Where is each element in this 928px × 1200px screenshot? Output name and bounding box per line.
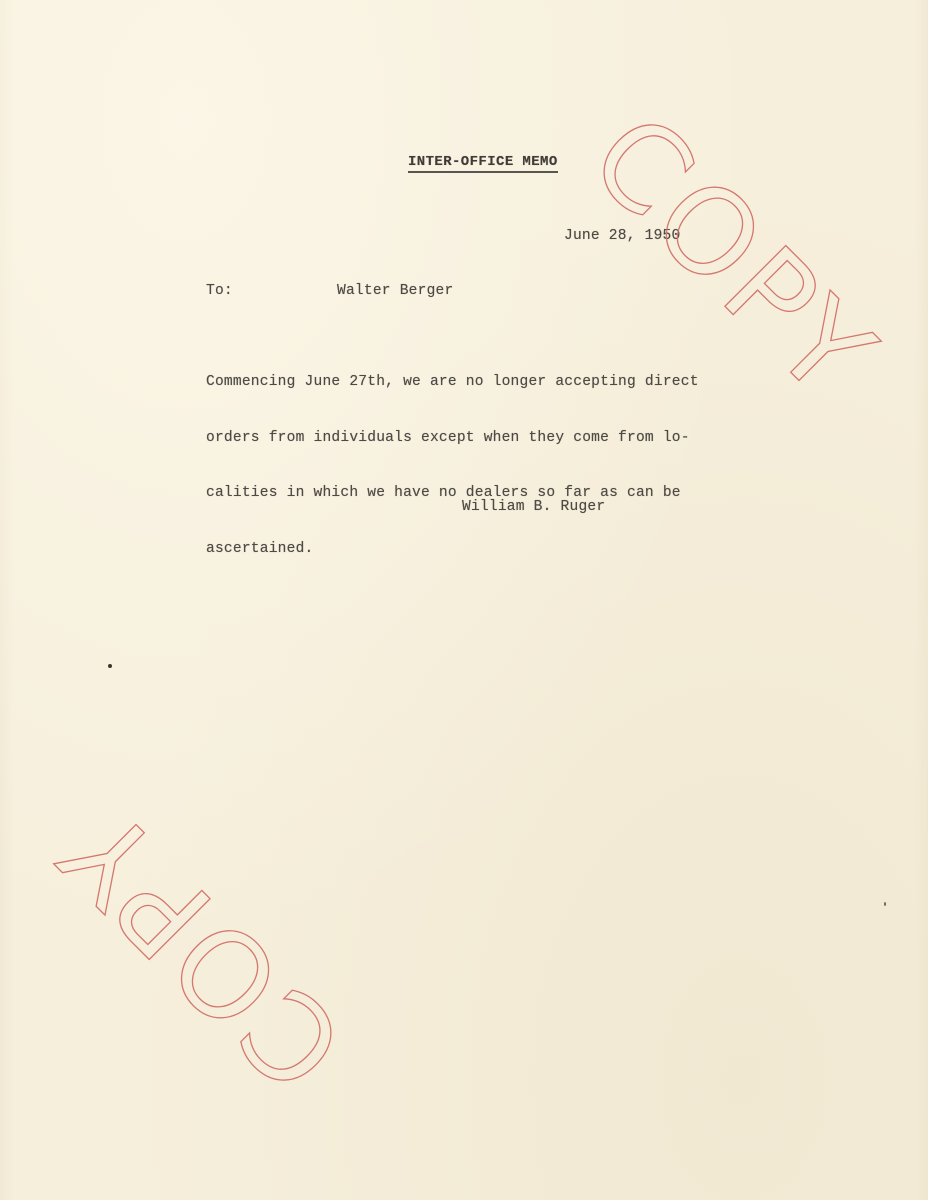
memo-signature: William B. Ruger xyxy=(462,499,605,515)
memo-body-line: ascertained. xyxy=(206,540,699,559)
memo-body-line: orders from individuals except when they… xyxy=(206,429,699,448)
copy-stamp-bottom-left: COPY xyxy=(40,786,364,1110)
memo-body: Commencing June 27th, we are no longer a… xyxy=(206,336,699,595)
recipient-label: To: xyxy=(206,283,233,299)
ink-speck xyxy=(108,664,112,668)
memo-page: INTER-OFFICE MEMO June 28, 1950 To: Walt… xyxy=(0,0,928,1200)
recipient-name: Walter Berger xyxy=(337,283,453,299)
memo-body-line: Commencing June 27th, we are no longer a… xyxy=(206,373,699,392)
memo-body-line: calities in which we have no dealers so … xyxy=(206,484,699,503)
paper-mark xyxy=(884,902,886,906)
memo-title: INTER-OFFICE MEMO xyxy=(408,154,558,173)
